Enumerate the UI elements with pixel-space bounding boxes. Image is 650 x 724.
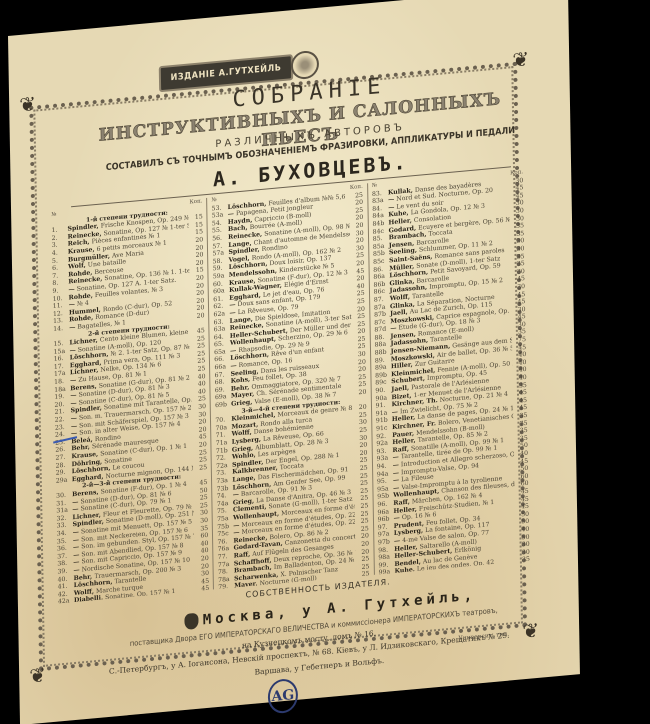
- ownership-stamp: AG: [268, 678, 299, 715]
- ornament-corner-icon: ❦: [19, 93, 36, 114]
- catalog-columns: №Коп.1-й степени трудности:1.Spindler,Fr…: [47, 169, 534, 604]
- catalog-column: №Коп.53.Löschhorn,Feuilles d'album №№ 5,…: [207, 183, 374, 589]
- price: 20: [190, 312, 204, 321]
- sheet-music-cover: ❦ ❦ ❦ ❦ ИЗДАНІЕ А.ГУТХЕЙЛЬ СОБРАНІЕ ИНСТ…: [8, 0, 580, 724]
- entry-number: 69b: [215, 401, 231, 410]
- entry-number: 29a: [56, 476, 72, 485]
- catalog-column: №Коп.83.Kullak,Danse des bayadères3083a—…: [368, 169, 534, 575]
- ornament-corner-icon: ❦: [512, 49, 529, 70]
- entry-number: 14.: [53, 324, 69, 333]
- composer: —: [69, 324, 75, 332]
- number-header: №: [51, 212, 56, 220]
- ornament-corner-icon: ❦: [29, 665, 46, 686]
- crest-icon: [185, 613, 199, 630]
- price: 20: [352, 389, 366, 398]
- catalog-column: №Коп.1-й степени трудности:1.Spindler,Fr…: [47, 198, 214, 604]
- price: 25: [193, 464, 207, 473]
- price-header: Коп.: [189, 198, 202, 207]
- rosette-icon: [291, 50, 319, 81]
